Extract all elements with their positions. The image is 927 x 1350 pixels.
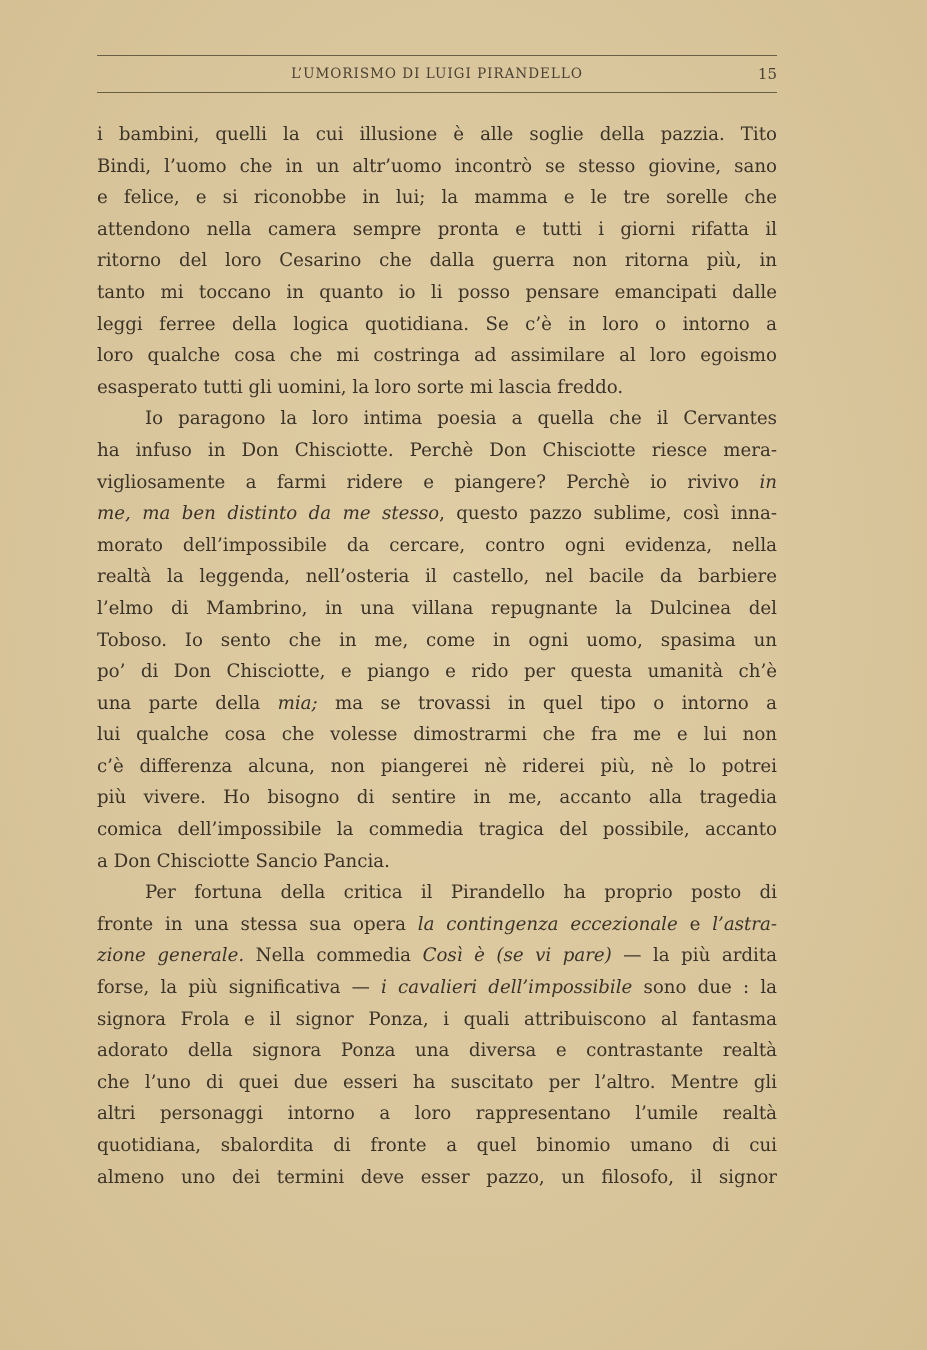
italic-text: zione generale. xyxy=(97,945,244,966)
text-run: signora Frola e il signor Ponza, i quali… xyxy=(97,1009,777,1030)
text-run: una parte della xyxy=(97,693,278,714)
text-run: quotidiana, sbalordita di fronte a quel … xyxy=(97,1135,777,1156)
text-run: l’elmo di Mambrino, in una villana repug… xyxy=(97,598,777,619)
running-title: L’UMORISMO DI LUIGI PIRANDELLO xyxy=(291,66,583,82)
text-line: vigliosamente a farmi ridere e piangere?… xyxy=(97,467,777,499)
text-line: a Don Chisciotte Sancio Pancia. xyxy=(97,846,777,878)
text-run: Nella commedia xyxy=(244,945,422,966)
text-run: ritorno del loro Cesarino che dalla guer… xyxy=(97,250,777,271)
text-run: ha infuso in Don Chisciotte. Perchè Don … xyxy=(97,440,777,461)
text-run: a Don Chisciotte Sancio Pancia. xyxy=(97,851,390,872)
italic-text: Così è (se vi pare) xyxy=(423,945,612,966)
text-line: adorato della signora Ponza una diversa … xyxy=(97,1035,777,1067)
text-run: che l’uno di quei due esseri ha suscitat… xyxy=(97,1072,777,1093)
text-run: — la più ardita xyxy=(612,945,777,966)
text-run: ma se trovassi in quel tipo o intorno a xyxy=(318,693,777,714)
text-run: lui qualche cosa che volesse dimostrarmi… xyxy=(97,724,777,745)
italic-text: in xyxy=(759,472,777,493)
text-line: forse, la più significativa — i cavalier… xyxy=(97,972,777,1004)
running-header: L’UMORISMO DI LUIGI PIRANDELLO 15 xyxy=(97,56,777,92)
text-line: i bambini, quelli la cui illusione è all… xyxy=(97,119,777,151)
text-line: me, ma ben distinto da me stesso, questo… xyxy=(97,498,777,530)
text-run: Io paragono la loro intima poesia a quel… xyxy=(145,408,777,429)
text-run: , questo pazzo sublime, così inna- xyxy=(439,503,777,524)
text-line: più vivere. Ho bisogno di sentire in me,… xyxy=(97,782,777,814)
text-line: ritorno del loro Cesarino che dalla guer… xyxy=(97,245,777,277)
text-line: attendono nella camera sempre pronta e t… xyxy=(97,214,777,246)
text-run: po’ di Don Chisciotte, e piango e rido p… xyxy=(97,661,777,682)
header-rule-bottom xyxy=(97,92,777,93)
text-line: esasperato tutti gli uomini, la loro sor… xyxy=(97,372,777,404)
text-line: lui qualche cosa che volesse dimostrarmi… xyxy=(97,719,777,751)
text-line: zione generale. Nella commedia Così è (s… xyxy=(97,940,777,972)
text-line: leggi ferree della logica quotidiana. Se… xyxy=(97,309,777,341)
page-number: 15 xyxy=(758,65,777,83)
text-line: l’elmo di Mambrino, in una villana repug… xyxy=(97,593,777,625)
text-line: Io paragono la loro intima poesia a quel… xyxy=(97,403,777,435)
text-line: realtà la leggenda, nell’osteria il cast… xyxy=(97,561,777,593)
italic-text: mia; xyxy=(278,693,318,714)
text-line: po’ di Don Chisciotte, e piango e rido p… xyxy=(97,656,777,688)
text-run: loro qualche cosa che mi costringa ad as… xyxy=(97,345,777,366)
text-run: almeno uno dei termini deve esser pazzo,… xyxy=(97,1167,777,1188)
text-run: più vivere. Ho bisogno di sentire in me,… xyxy=(97,787,777,808)
text-line: una parte della mia; ma se trovassi in q… xyxy=(97,688,777,720)
text-run: e felice, e si riconobbe in lui; la mamm… xyxy=(97,187,777,208)
text-line: che l’uno di quei due esseri ha suscitat… xyxy=(97,1067,777,1099)
body-text: i bambini, quelli la cui illusione è all… xyxy=(97,119,777,1193)
text-line: comica dell’impossibile la commedia trag… xyxy=(97,814,777,846)
italic-text: i cavalieri dell’impossibile xyxy=(381,977,632,998)
text-run: adorato della signora Ponza una diversa … xyxy=(97,1040,777,1061)
text-run: e xyxy=(678,914,712,935)
text-run: vigliosamente a farmi ridere e piangere?… xyxy=(97,472,759,493)
italic-text: me, ma ben distinto da me stesso xyxy=(97,503,439,524)
text-run: morato dell’impossibile da cercare, cont… xyxy=(97,535,777,556)
text-run: attendono nella camera sempre pronta e t… xyxy=(97,219,777,240)
text-run: Bindi, l’uomo che in un altr’uomo incont… xyxy=(97,156,777,177)
text-run: sono due : la xyxy=(632,977,777,998)
text-line: e felice, e si riconobbe in lui; la mamm… xyxy=(97,182,777,214)
text-run: altri personaggi intorno a loro rapprese… xyxy=(97,1103,777,1124)
text-line: Bindi, l’uomo che in un altr’uomo incont… xyxy=(97,151,777,183)
text-run: c’è differenza alcuna, non piangerei nè … xyxy=(97,756,777,777)
text-line: signora Frola e il signor Ponza, i quali… xyxy=(97,1004,777,1036)
book-page: L’UMORISMO DI LUIGI PIRANDELLO 15 i bamb… xyxy=(97,55,777,1193)
text-run: tanto mi toccano in quanto io li posso p… xyxy=(97,282,777,303)
text-run: esasperato tutti gli uomini, la loro sor… xyxy=(97,377,623,398)
text-run: Per fortuna della critica il Pirandello … xyxy=(145,882,777,903)
text-line: ha infuso in Don Chisciotte. Perchè Don … xyxy=(97,435,777,467)
text-line: morato dell’impossibile da cercare, cont… xyxy=(97,530,777,562)
text-run: comica dell’impossibile la commedia trag… xyxy=(97,819,777,840)
text-run: realtà la leggenda, nell’osteria il cast… xyxy=(97,566,777,587)
paragraph: Per fortuna della critica il Pirandello … xyxy=(97,877,777,1193)
text-line: tanto mi toccano in quanto io li posso p… xyxy=(97,277,777,309)
paragraph: Io paragono la loro intima poesia a quel… xyxy=(97,403,777,877)
text-run: i bambini, quelli la cui illusione è all… xyxy=(97,124,777,145)
text-line: altri personaggi intorno a loro rapprese… xyxy=(97,1098,777,1130)
paragraph: i bambini, quelli la cui illusione è all… xyxy=(97,119,777,403)
text-line: c’è differenza alcuna, non piangerei nè … xyxy=(97,751,777,783)
text-run: forse, la più significativa — xyxy=(97,977,381,998)
text-run: Toboso. Io sento che in me, come in ogni… xyxy=(97,630,777,651)
text-run: leggi ferree della logica quotidiana. Se… xyxy=(97,314,777,335)
italic-text: la contingenza eccezionale xyxy=(418,914,678,935)
text-line: Toboso. Io sento che in me, come in ogni… xyxy=(97,625,777,657)
text-line: almeno uno dei termini deve esser pazzo,… xyxy=(97,1162,777,1194)
italic-text: l’astra- xyxy=(712,914,777,935)
text-line: Per fortuna della critica il Pirandello … xyxy=(97,877,777,909)
text-line: loro qualche cosa che mi costringa ad as… xyxy=(97,340,777,372)
text-line: quotidiana, sbalordita di fronte a quel … xyxy=(97,1130,777,1162)
text-run: fronte in una stessa sua opera xyxy=(97,914,418,935)
text-line: fronte in una stessa sua opera la contin… xyxy=(97,909,777,941)
